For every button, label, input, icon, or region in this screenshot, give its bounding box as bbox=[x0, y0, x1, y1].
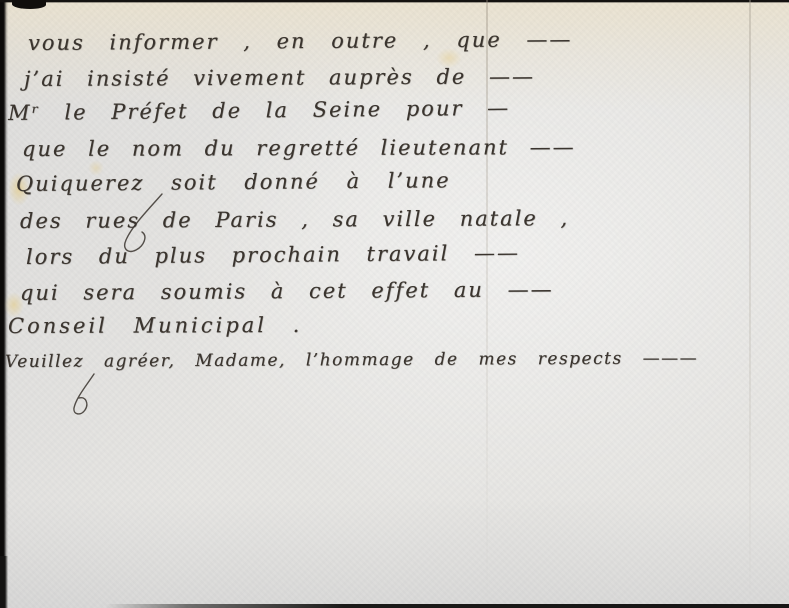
letter-line-8: qui sera soumis à cet effet au —— bbox=[20, 279, 554, 304]
letter-page: vous informer , en outre , que —— j’ai i… bbox=[0, 0, 789, 608]
scan-edge-left bbox=[0, 0, 8, 608]
letter-line-3: Mʳ le Préfet de la Seine pour — bbox=[8, 98, 510, 124]
letter-line-4: que le nom du regretté lieutenant —— bbox=[22, 137, 576, 160]
letter-line-7: lors du plus prochain travail —— bbox=[26, 243, 520, 268]
letter-line-9: Conseil Municipal . bbox=[8, 315, 302, 337]
scan-edge-bottom bbox=[105, 604, 789, 608]
letter-line-6: des rues de Paris , sa ville natale , bbox=[20, 208, 569, 232]
scan-edge-bottom-left bbox=[0, 556, 8, 608]
paper-fold-right bbox=[749, 0, 751, 608]
letter-line-5: Quiquerez soit donné à l’une bbox=[16, 170, 451, 195]
letter-closing-line: Veuillez agréer, Madame, l’hommage de me… bbox=[5, 350, 698, 371]
pen-loop-flourish bbox=[64, 372, 106, 418]
scan-edge-top bbox=[0, 0, 789, 3]
scan-edge-top-mark bbox=[12, 0, 46, 9]
letter-line-2: j’ai insisté vivement auprès de —— bbox=[24, 66, 535, 90]
paper-fold-middle bbox=[486, 0, 488, 608]
letter-line-1: vous informer , en outre , que —— bbox=[28, 29, 573, 54]
